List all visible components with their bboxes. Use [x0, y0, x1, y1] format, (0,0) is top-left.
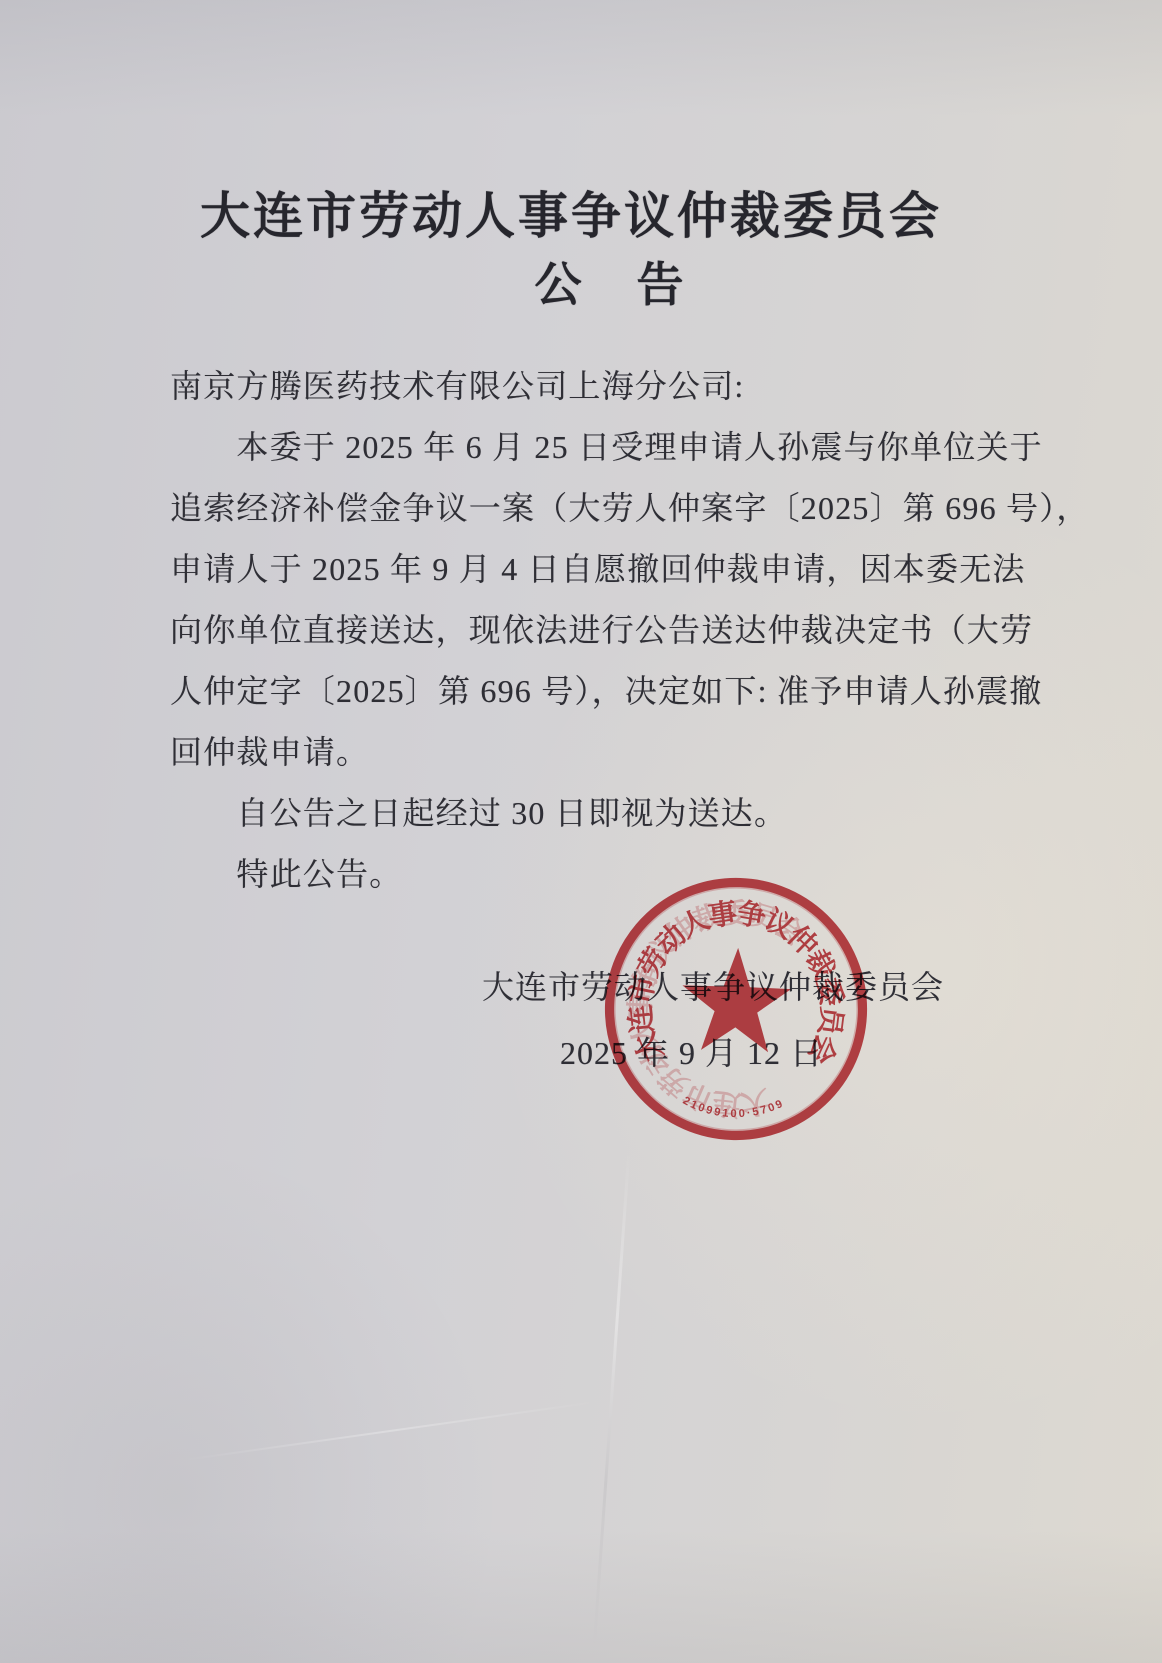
official-seal: 大连市劳动人事争议仲裁委员会 大连市劳动人事争议仲裁委员会 21099100·5… — [578, 851, 894, 1167]
document-body: 南京方腾医药技术有限公司上海分公司: 本委于 2025 年 6 月 25 日受理… — [170, 356, 1090, 905]
body-line: 回仲裁申请。 — [170, 722, 1090, 783]
body-line: 本委于 2025 年 6 月 25 日受理申请人孙震与你单位关于 — [170, 417, 1090, 478]
body-line: 自公告之日起经过 30 日即视为送达。 — [170, 783, 1090, 844]
recipient-line: 南京方腾医药技术有限公司上海分公司: — [170, 356, 1090, 417]
paper-crease — [593, 1151, 631, 1650]
document-photo-page: 大连市劳动人事争议仲裁委员会 公 告 南京方腾医药技术有限公司上海分公司: 本委… — [0, 0, 1162, 1663]
star-icon — [680, 946, 792, 1053]
paper-crease — [182, 1401, 598, 1461]
document-subtitle: 公 告 — [0, 248, 1162, 315]
body-line: 申请人于 2025 年 9 月 4 日自愿撤回仲裁申请，因本委无法 — [170, 539, 1090, 600]
document-title: 大连市劳动人事争议仲裁委员会 — [0, 176, 1142, 248]
body-line: 向你单位直接送达，现依法进行公告送达仲裁决定书（大劳 — [170, 600, 1090, 661]
body-line: 追索经济补偿金争议一案（大劳人仲案字〔2025〕第 696 号）， — [170, 478, 1090, 539]
body-line: 人仲定字〔2025〕第 696 号），决定如下: 准予申请人孙震撤 — [170, 661, 1090, 722]
